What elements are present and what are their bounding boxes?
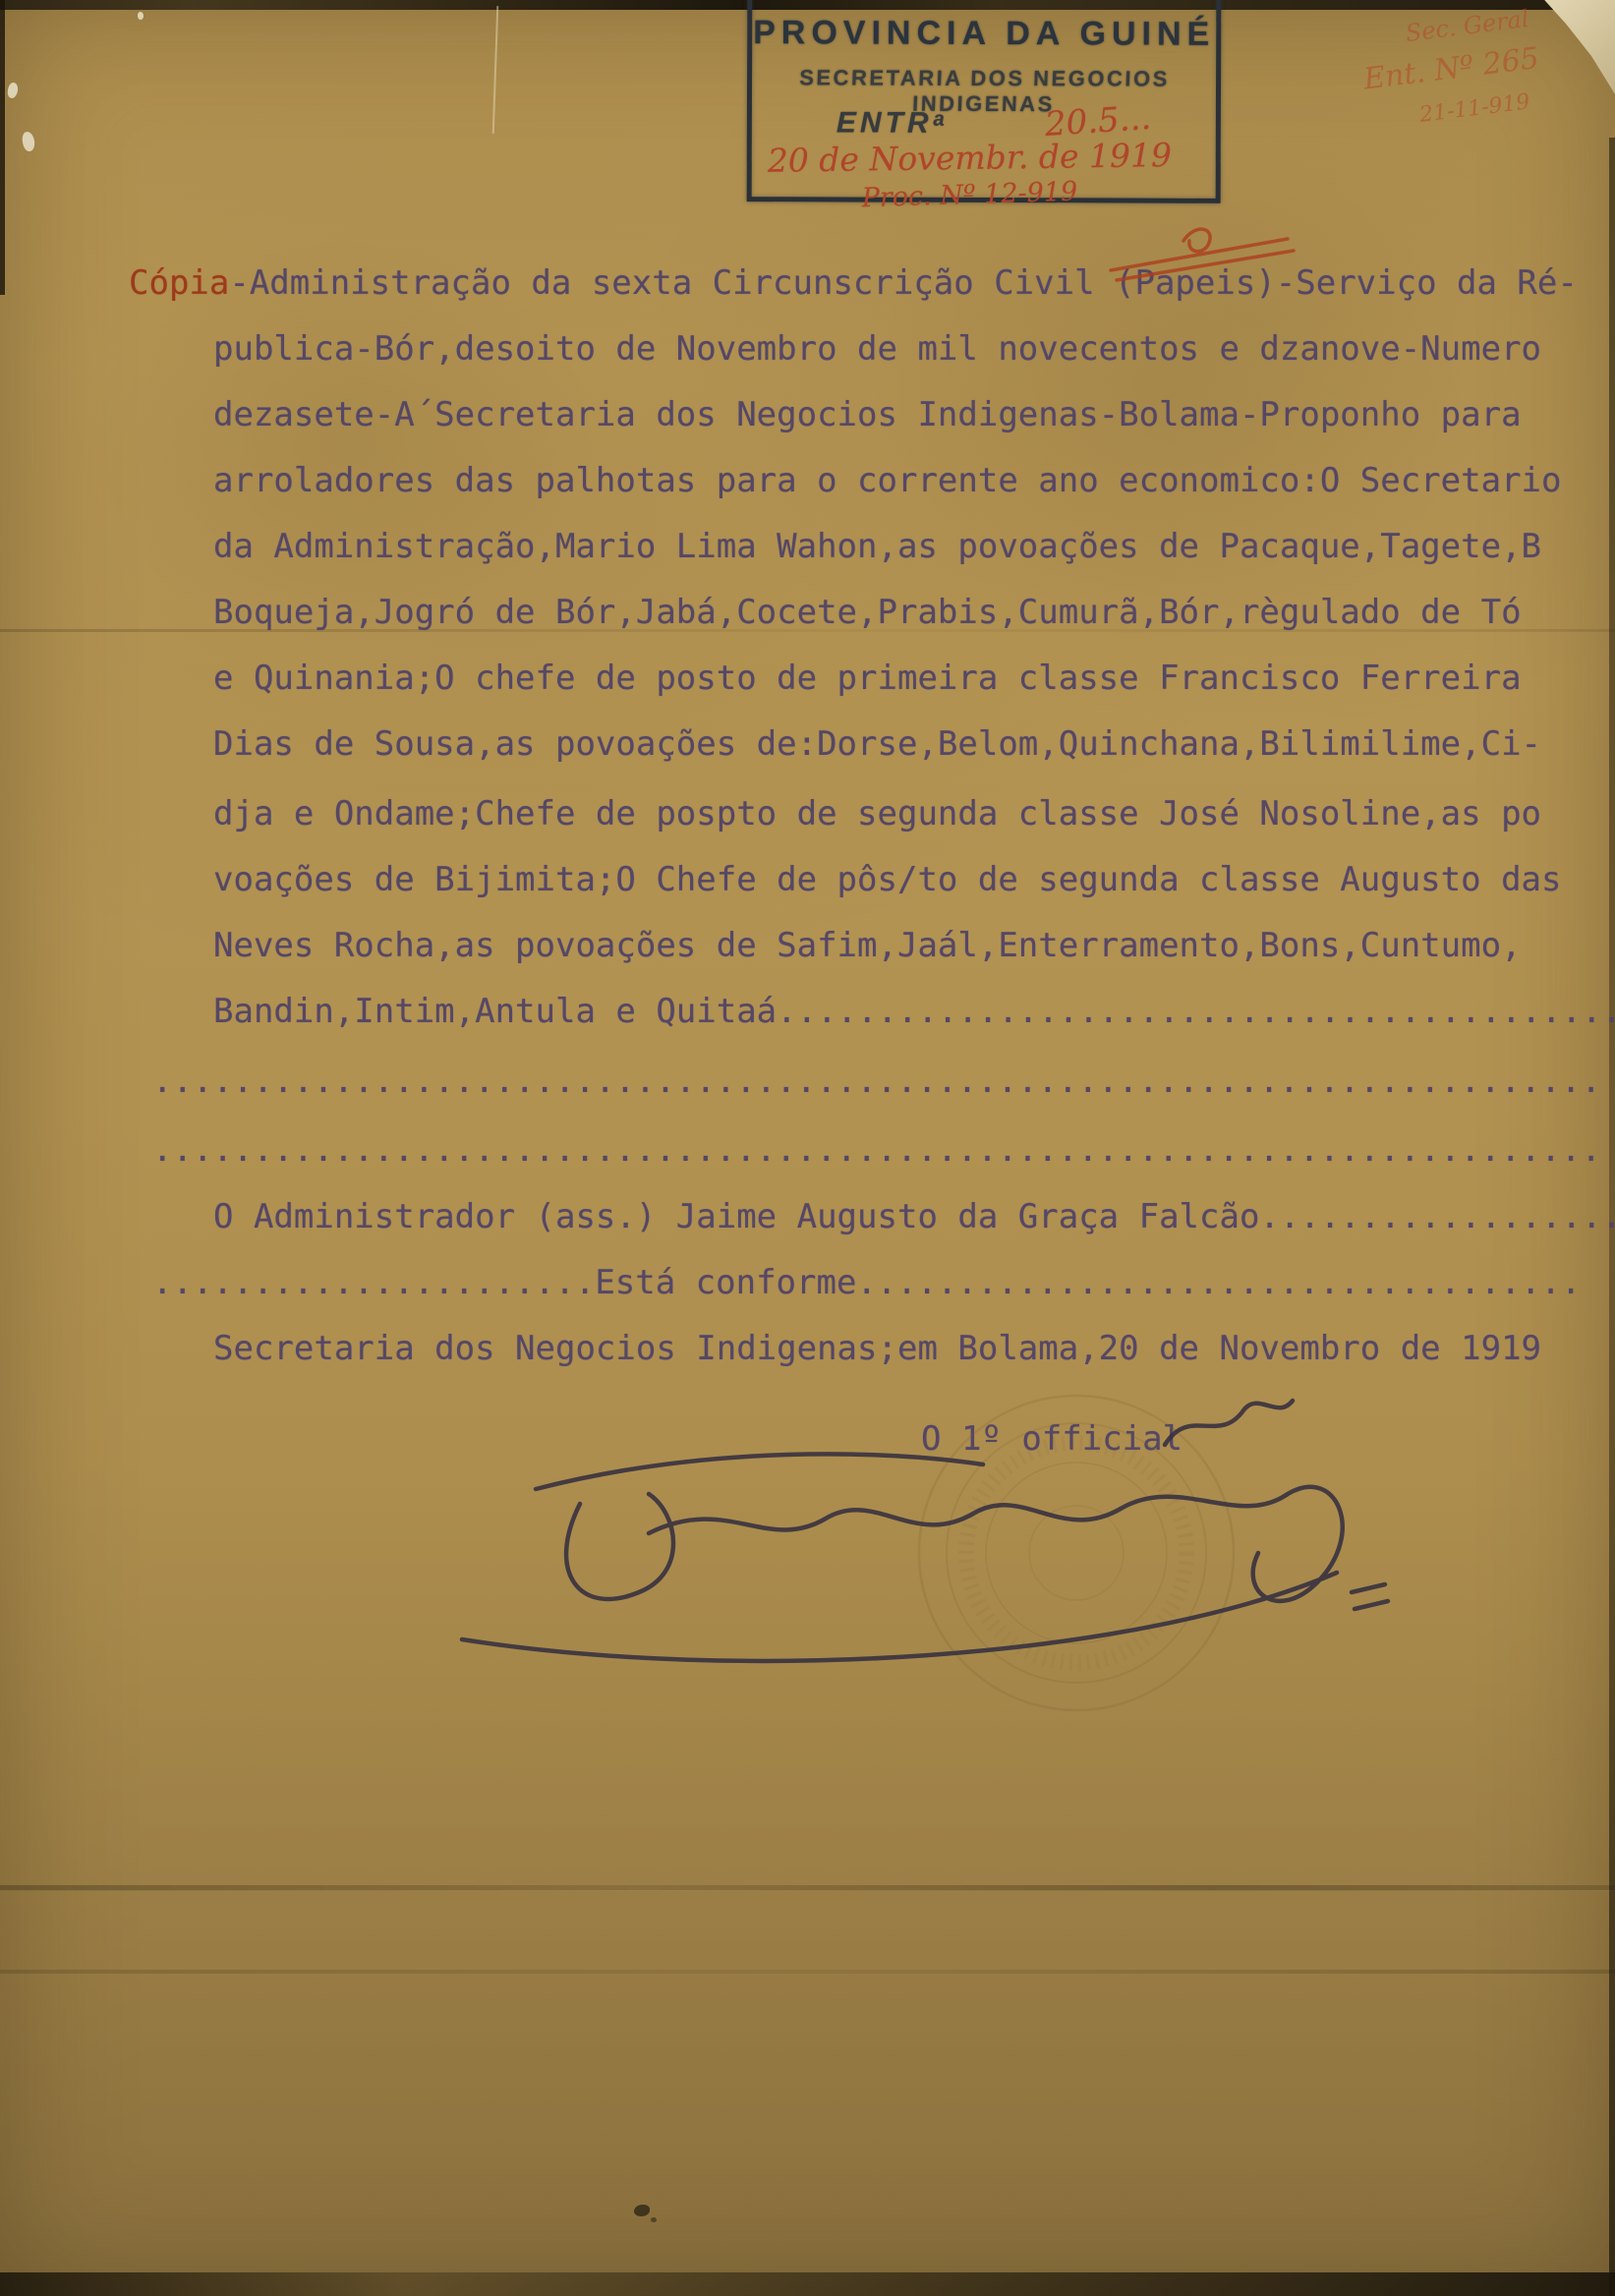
paper-scratch	[492, 6, 499, 134]
typed-line: voações de Bijimita;O Chefe de pôs/to de…	[213, 860, 1561, 899]
paper-nick	[138, 12, 144, 20]
typed-line: da Administração,Mario Lima Wahon,as pov…	[213, 527, 1541, 566]
secretariat-date-line: Secretaria dos Negocios Indigenas;em Bol…	[213, 1329, 1541, 1368]
paper-stain	[0, 1455, 1615, 2296]
typed-line: publica-Bór,desoito de Novembro de mil n…	[213, 329, 1541, 369]
stamp-province-line: PROVINCIA DA GUINÉ	[752, 14, 1216, 54]
corner-annotation-line: 21-11-919	[1418, 89, 1531, 128]
stamp-entry-label: ENTRᵃ	[836, 106, 948, 140]
certification-line: ......................Está conforme.....…	[152, 1263, 1581, 1302]
fold-crease	[0, 1885, 1615, 1891]
document-scan-page: PROVINCIA DA GUINÉ SECRETARIA DOS NEGOCI…	[0, 0, 1615, 2296]
paper-nick	[6, 82, 19, 99]
typed-line: dja e Ondame;Chefe de pospto de segunda …	[213, 794, 1541, 833]
typed-line: Dias de Sousa,as povoações de:Dorse,Belo…	[213, 724, 1541, 764]
typed-line: Cópia-Administração da sexta Circunscriç…	[129, 263, 1578, 303]
typed-line: Neves Rocha,as povoações de Safim,Jaál,E…	[213, 926, 1522, 965]
typed-line: dezasete-A´Secretaria dos Negocios Indig…	[213, 395, 1522, 434]
typed-line: e Quinania;O chefe de posto de primeira …	[213, 659, 1522, 698]
scan-edge-bottom	[0, 2272, 1615, 2296]
typed-filler-dots: ........................................…	[152, 1130, 1601, 1170]
handwritten-process-number: Proc. Nº 12-919	[861, 177, 1077, 214]
corner-annotation-line: Sec. Geral	[1404, 5, 1530, 47]
fold-crease	[0, 1970, 1615, 1974]
official-title-line: O 1º official	[921, 1419, 1182, 1459]
scan-corner-shadow	[0, 2251, 128, 2296]
typed-line-text: -Administração da sexta Circunscrição Ci…	[229, 263, 1577, 303]
ink-speck	[634, 2205, 650, 2216]
typed-line: arroladores das palhotas para o corrente…	[213, 461, 1561, 500]
administrator-signature-line: O Administrador (ass.) Jaime Augusto da …	[213, 1197, 1615, 1236]
copy-label: Cópia	[129, 263, 229, 303]
paper-nick	[22, 131, 36, 151]
corner-annotation: Sec. Geral Ent. Nº 265 21-11-919	[1339, 0, 1608, 148]
corner-annotation-line: Ent. Nº 265	[1361, 41, 1540, 97]
handwritten-entry-date: 20 de Novembr. de 1919	[768, 136, 1173, 180]
ink-speck	[651, 2217, 657, 2222]
typed-line: Boqueja,Jogró de Bór,Jabá,Cocete,Prabis,…	[213, 593, 1522, 632]
scan-edge-left	[0, 0, 5, 295]
paper-stain	[865, 138, 1474, 649]
typed-line: Bandin,Intim,Antula e Quitaá............…	[213, 992, 1615, 1031]
registry-stamp: PROVINCIA DA GUINÉ SECRETARIA DOS NEGOCI…	[747, 0, 1222, 203]
typed-filler-dots: ........................................…	[152, 1062, 1601, 1101]
